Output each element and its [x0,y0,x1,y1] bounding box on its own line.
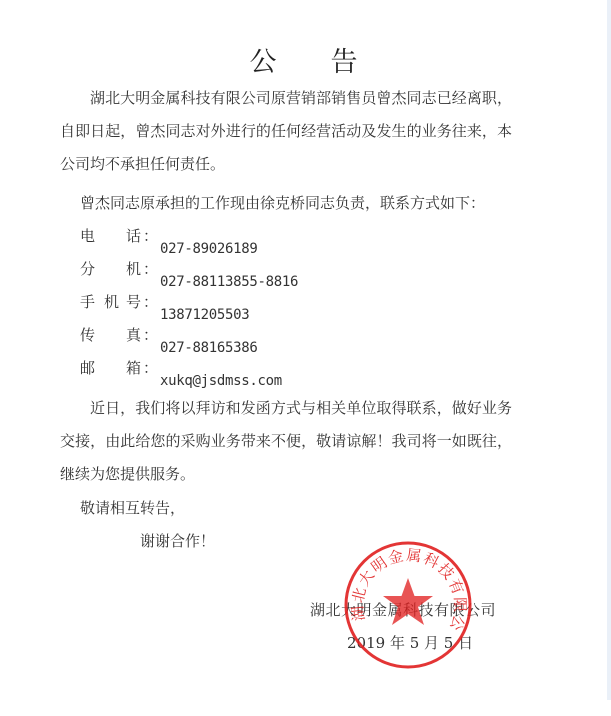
label-colon: ： [143,352,158,385]
title-char-2: 告 [331,40,358,79]
label-colon: ： [143,286,158,319]
paragraph-handover-intro: 曾杰同志原承担的工作现由徐克桥同志负责，联系方式如下： [80,187,520,220]
signature-company: 湖北大明金属科技有限公司 [310,594,496,627]
contact-label: 电 话 ： [80,220,160,253]
paragraph-thanks: 谢谢合作！ [140,525,592,558]
label-char: 机 [104,286,119,319]
contact-row-phone: 电 话 ： 027-89026189 [80,220,298,253]
contact-value-fax: 027-88165386 [160,332,258,365]
label-char: 邮 [80,352,95,385]
scrollbar-track[interactable] [607,0,611,700]
contact-label: 邮 箱 ： [80,352,160,385]
label-char: 号 [126,286,141,319]
contact-label: 手 机 号 ： [80,286,160,319]
label-char: 电 [80,220,95,253]
document-page: 公告 湖北大明金属科技有限公司原营销部销售员曾杰同志已经离职，自即日起，曾杰同志… [0,0,607,716]
label-char: 箱 [126,352,141,385]
signature-date: 2019 年 5 月 5 日 [347,627,473,660]
paragraph-please-share: 敬请相互转告， [80,492,532,525]
label-char: 机 [126,253,141,286]
contact-value-mobile: 13871205503 [160,299,249,332]
contact-value-extension: 027-88113855-8816 [160,266,298,299]
title-char-1: 公 [250,40,277,79]
label-char: 分 [80,253,95,286]
page-title: 公告 [0,40,607,79]
label-colon: ： [143,220,158,253]
label-char: 话 [126,220,141,253]
contact-value-phone: 027-89026189 [160,233,258,266]
paragraph-resignation-notice: 湖北大明金属科技有限公司原营销部销售员曾杰同志已经离职，自即日起，曾杰同志对外进… [60,82,512,181]
label-char: 手 [80,286,95,319]
label-colon: ： [143,319,158,352]
paragraph-follow-up: 近日，我们将以拜访和发函方式与相关单位取得联系，做好业务交接，由此给您的采购业务… [60,392,512,491]
contact-label: 传 真 ： [80,319,160,352]
label-char: 真 [126,319,141,352]
label-colon: ： [143,253,158,286]
contact-label: 分 机 ： [80,253,160,286]
label-char: 传 [80,319,95,352]
contact-list: 电 话 ： 027-89026189 分 机 ： 027-88113855-88… [80,220,298,385]
